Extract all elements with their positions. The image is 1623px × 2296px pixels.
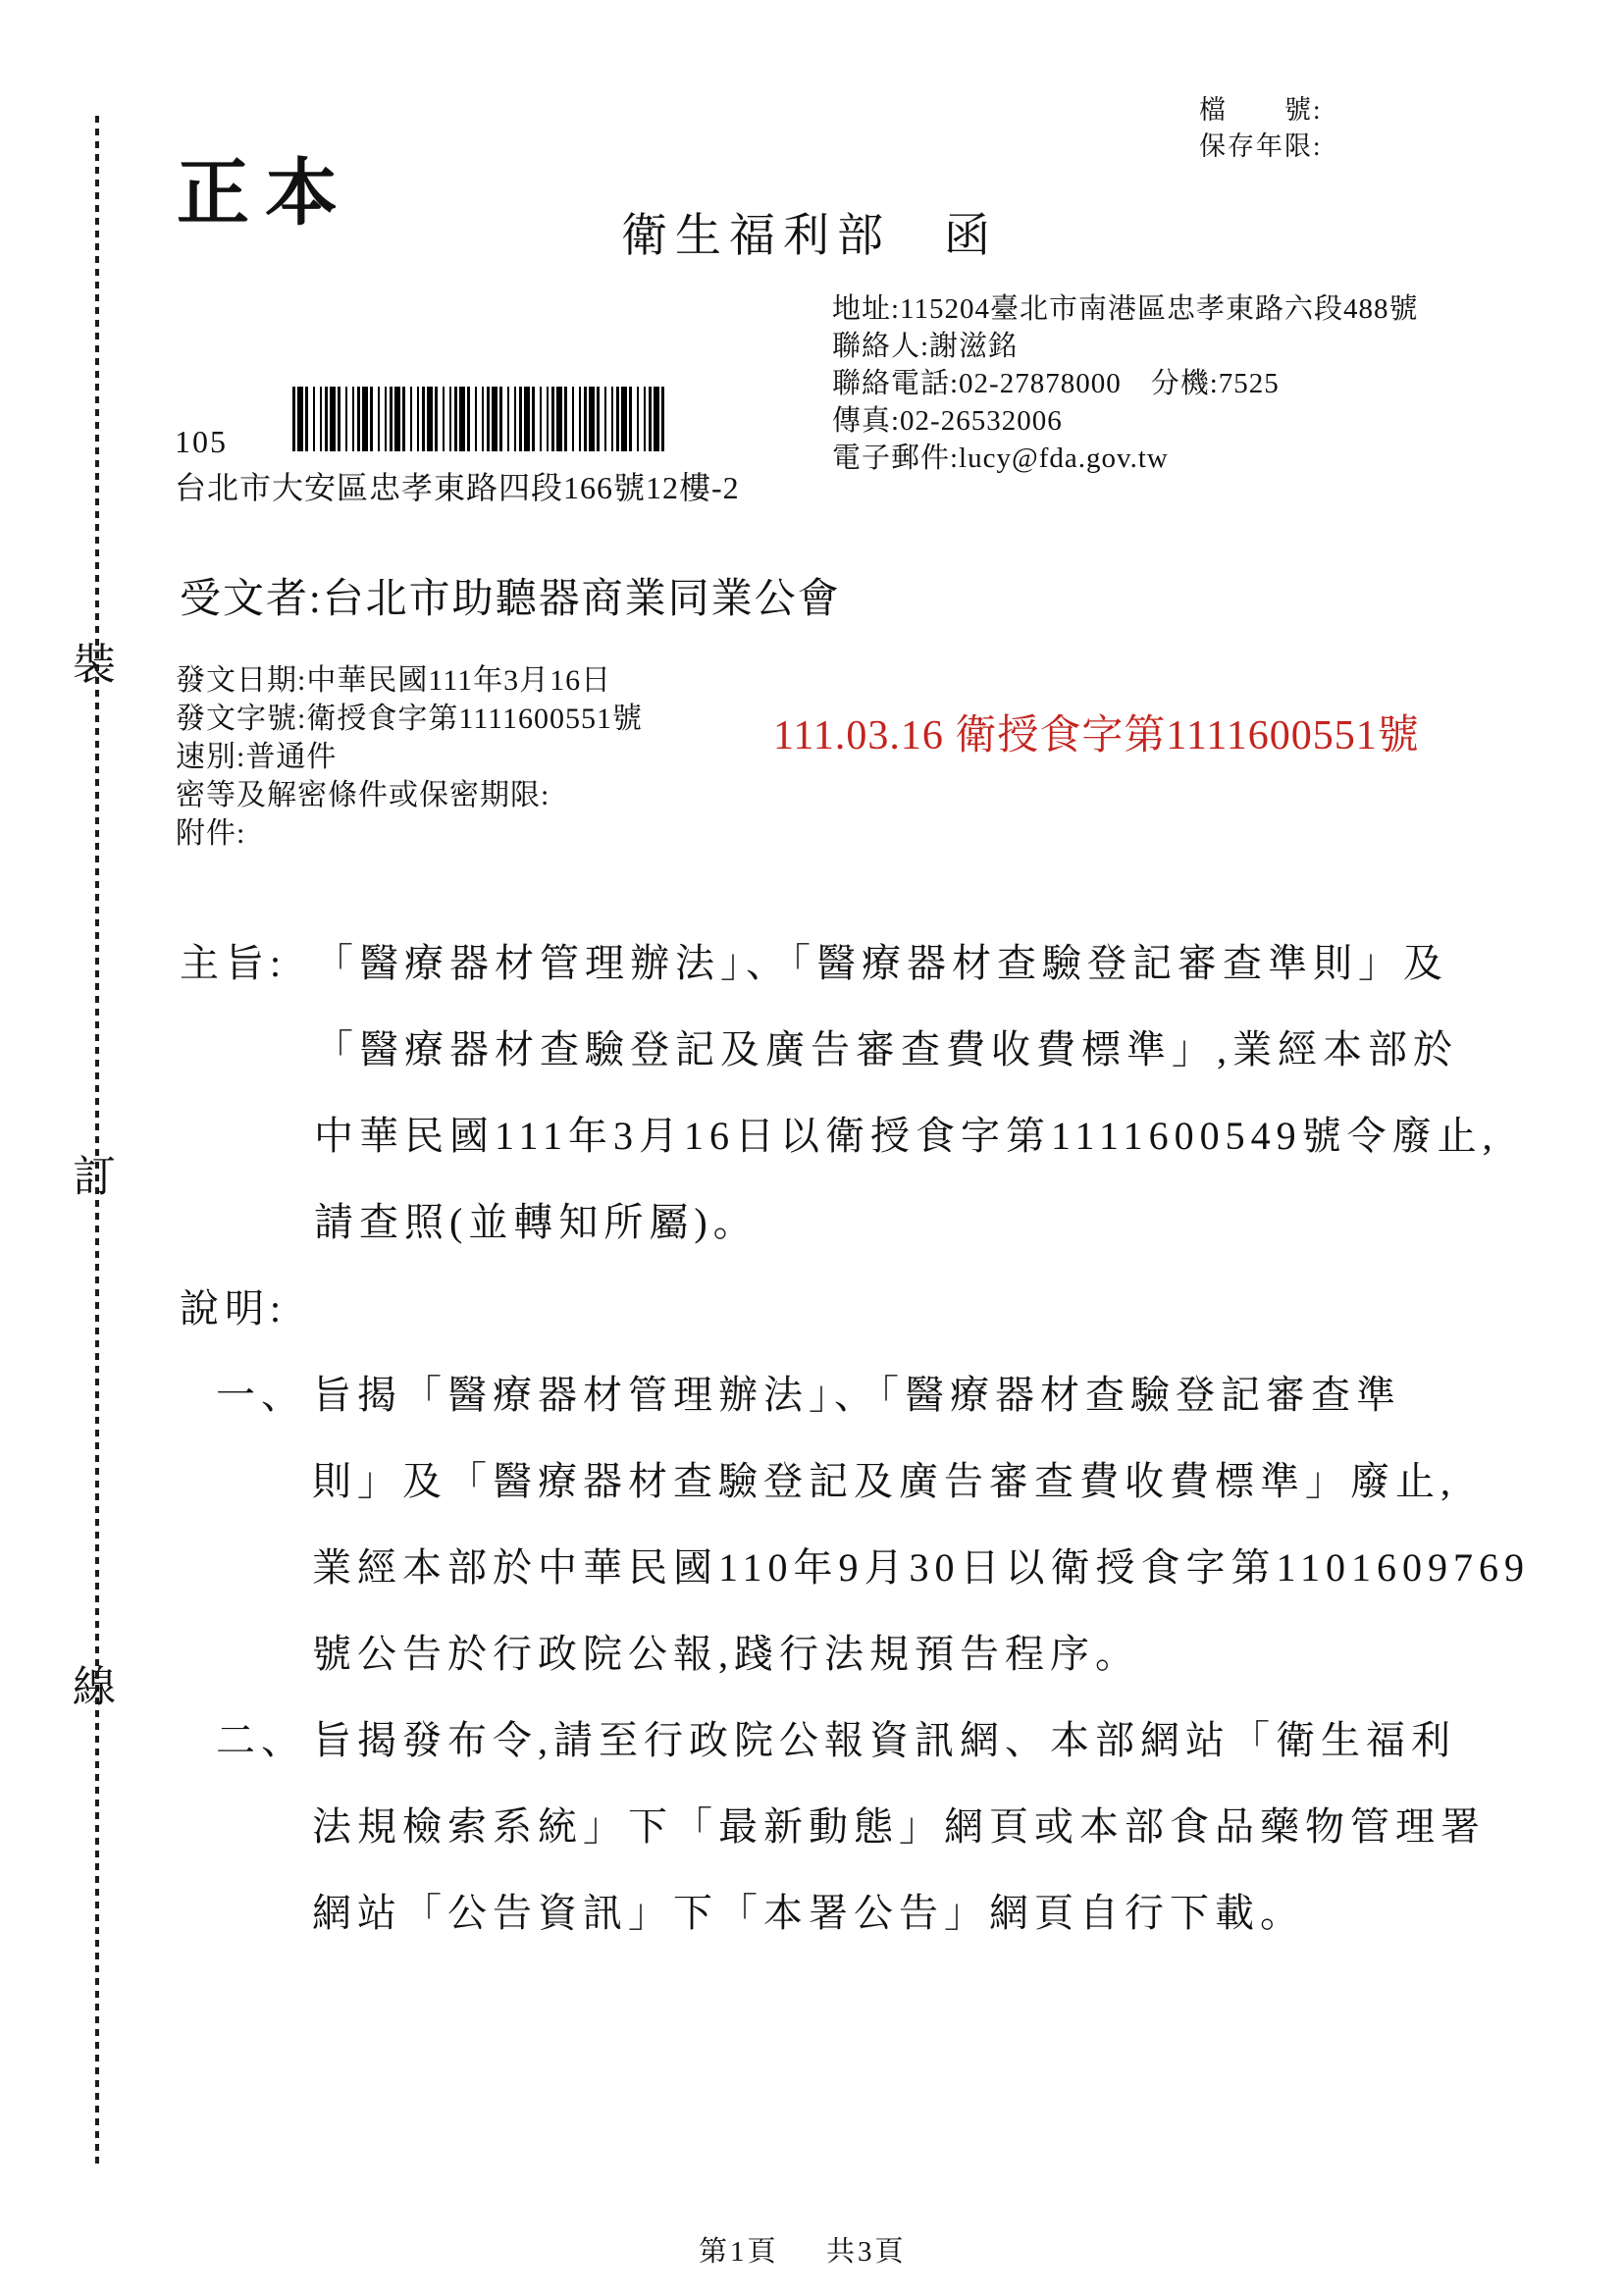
explanation-item-number: 二、 [216, 1709, 306, 1765]
recipient-postal-code: 105 [175, 424, 228, 460]
security-classification: 密等及解密條件或保密期限: [176, 776, 643, 814]
barcode [292, 387, 665, 451]
document-page: 裝 訂 線 正本 檔 號: 保存年限: 衛生福利部 函 地址:115204臺北市… [0, 0, 1623, 2296]
sender-fax: 傳真:02-26532006 [832, 402, 1418, 440]
subject-line: 「醫療器材查驗登記及廣告審查費收費標準」,業經本部於 [314, 1018, 1458, 1074]
binding-mark-xian: 線 [73, 1651, 116, 1714]
binding-mark-zhuang: 裝 [73, 629, 116, 692]
sender-email: 電子郵件:lucy@fda.gov.tw [832, 440, 1418, 477]
explanation-line: 業經本部於中華民國110年9月30日以衛授食字第1101609769 [312, 1537, 1530, 1592]
attachment-label: 附件: [176, 814, 643, 853]
explanation-line: 號公告於行政院公報,踐行法規預告程序。 [312, 1623, 1140, 1679]
explanation-label: 說明: [180, 1278, 287, 1333]
document-meta-block: 發文日期:中華民國111年3月16日 發文字號:衛授食字第1111600551號… [176, 661, 643, 853]
total-pages: 共3頁 [826, 2236, 907, 2268]
sender-contact-person: 聯絡人:謝滋銘 [832, 328, 1418, 365]
document-type-label: 函 [944, 199, 998, 265]
issue-date: 發文日期:中華民國111年3月16日 [176, 661, 643, 700]
sender-phone: 聯絡電話:02-27878000 分機:7525 [832, 365, 1418, 402]
document-number: 發文字號:衛授食字第1111600551號 [176, 700, 643, 738]
explanation-item-number: 一、 [216, 1364, 306, 1420]
recipient-mailing-address: 台北市大安區忠孝東路四段166號12樓-2 [175, 463, 740, 508]
explanation-line: 旨揭「醫療器材管理辦法」、「醫療器材查驗登記審查準 [312, 1364, 1401, 1420]
explanation-line: 法規檢索系統」下「最新動態」網頁或本部食品藥物管理署 [312, 1796, 1486, 1852]
sender-address: 地址:115204臺北市南港區忠孝東路六段488號 [832, 290, 1418, 328]
subject-line: 「醫療器材管理辦法」、「醫療器材查驗登記審查準則」及 [314, 932, 1448, 988]
binding-mark-ding: 訂 [73, 1141, 116, 1204]
copy-type-label: 正本 [177, 135, 353, 239]
page-footer: 第1頁 共3頁 [699, 2229, 907, 2270]
received-stamp: 111.03.16 衛授食字第1111600551號 [773, 703, 1420, 761]
subject-line: 中華民國111年3月16日以衛授食字第1111600549號令廢止, [314, 1105, 1498, 1161]
recipient-line: 受文者:台北市助聽器商業同業公會 [180, 566, 841, 625]
explanation-line: 旨揭發布令,請至行政院公報資訊網、本部網站「衛生福利 [312, 1709, 1456, 1765]
subject-label: 主旨: [180, 932, 287, 988]
retention-period-label: 保存年限: [1199, 129, 1323, 165]
file-number-block: 檔 號: 保存年限: [1199, 92, 1323, 165]
page-number: 第1頁 [699, 2236, 779, 2268]
subject-line: 請查照(並轉知所屬)。 [314, 1191, 759, 1247]
explanation-line: 則」及「醫療器材查驗登記及廣告審查費收費標準」廢止, [312, 1450, 1456, 1506]
sender-contact-block: 地址:115204臺北市南港區忠孝東路六段488號 聯絡人:謝滋銘 聯絡電話:0… [832, 290, 1418, 477]
explanation-line: 網站「公告資訊」下「本署公告」網頁自行下載。 [312, 1882, 1305, 1938]
delivery-speed: 速別:普通件 [176, 738, 643, 776]
issuing-agency-title: 衛生福利部 [621, 199, 891, 265]
file-number-label: 檔 號: [1199, 92, 1323, 129]
